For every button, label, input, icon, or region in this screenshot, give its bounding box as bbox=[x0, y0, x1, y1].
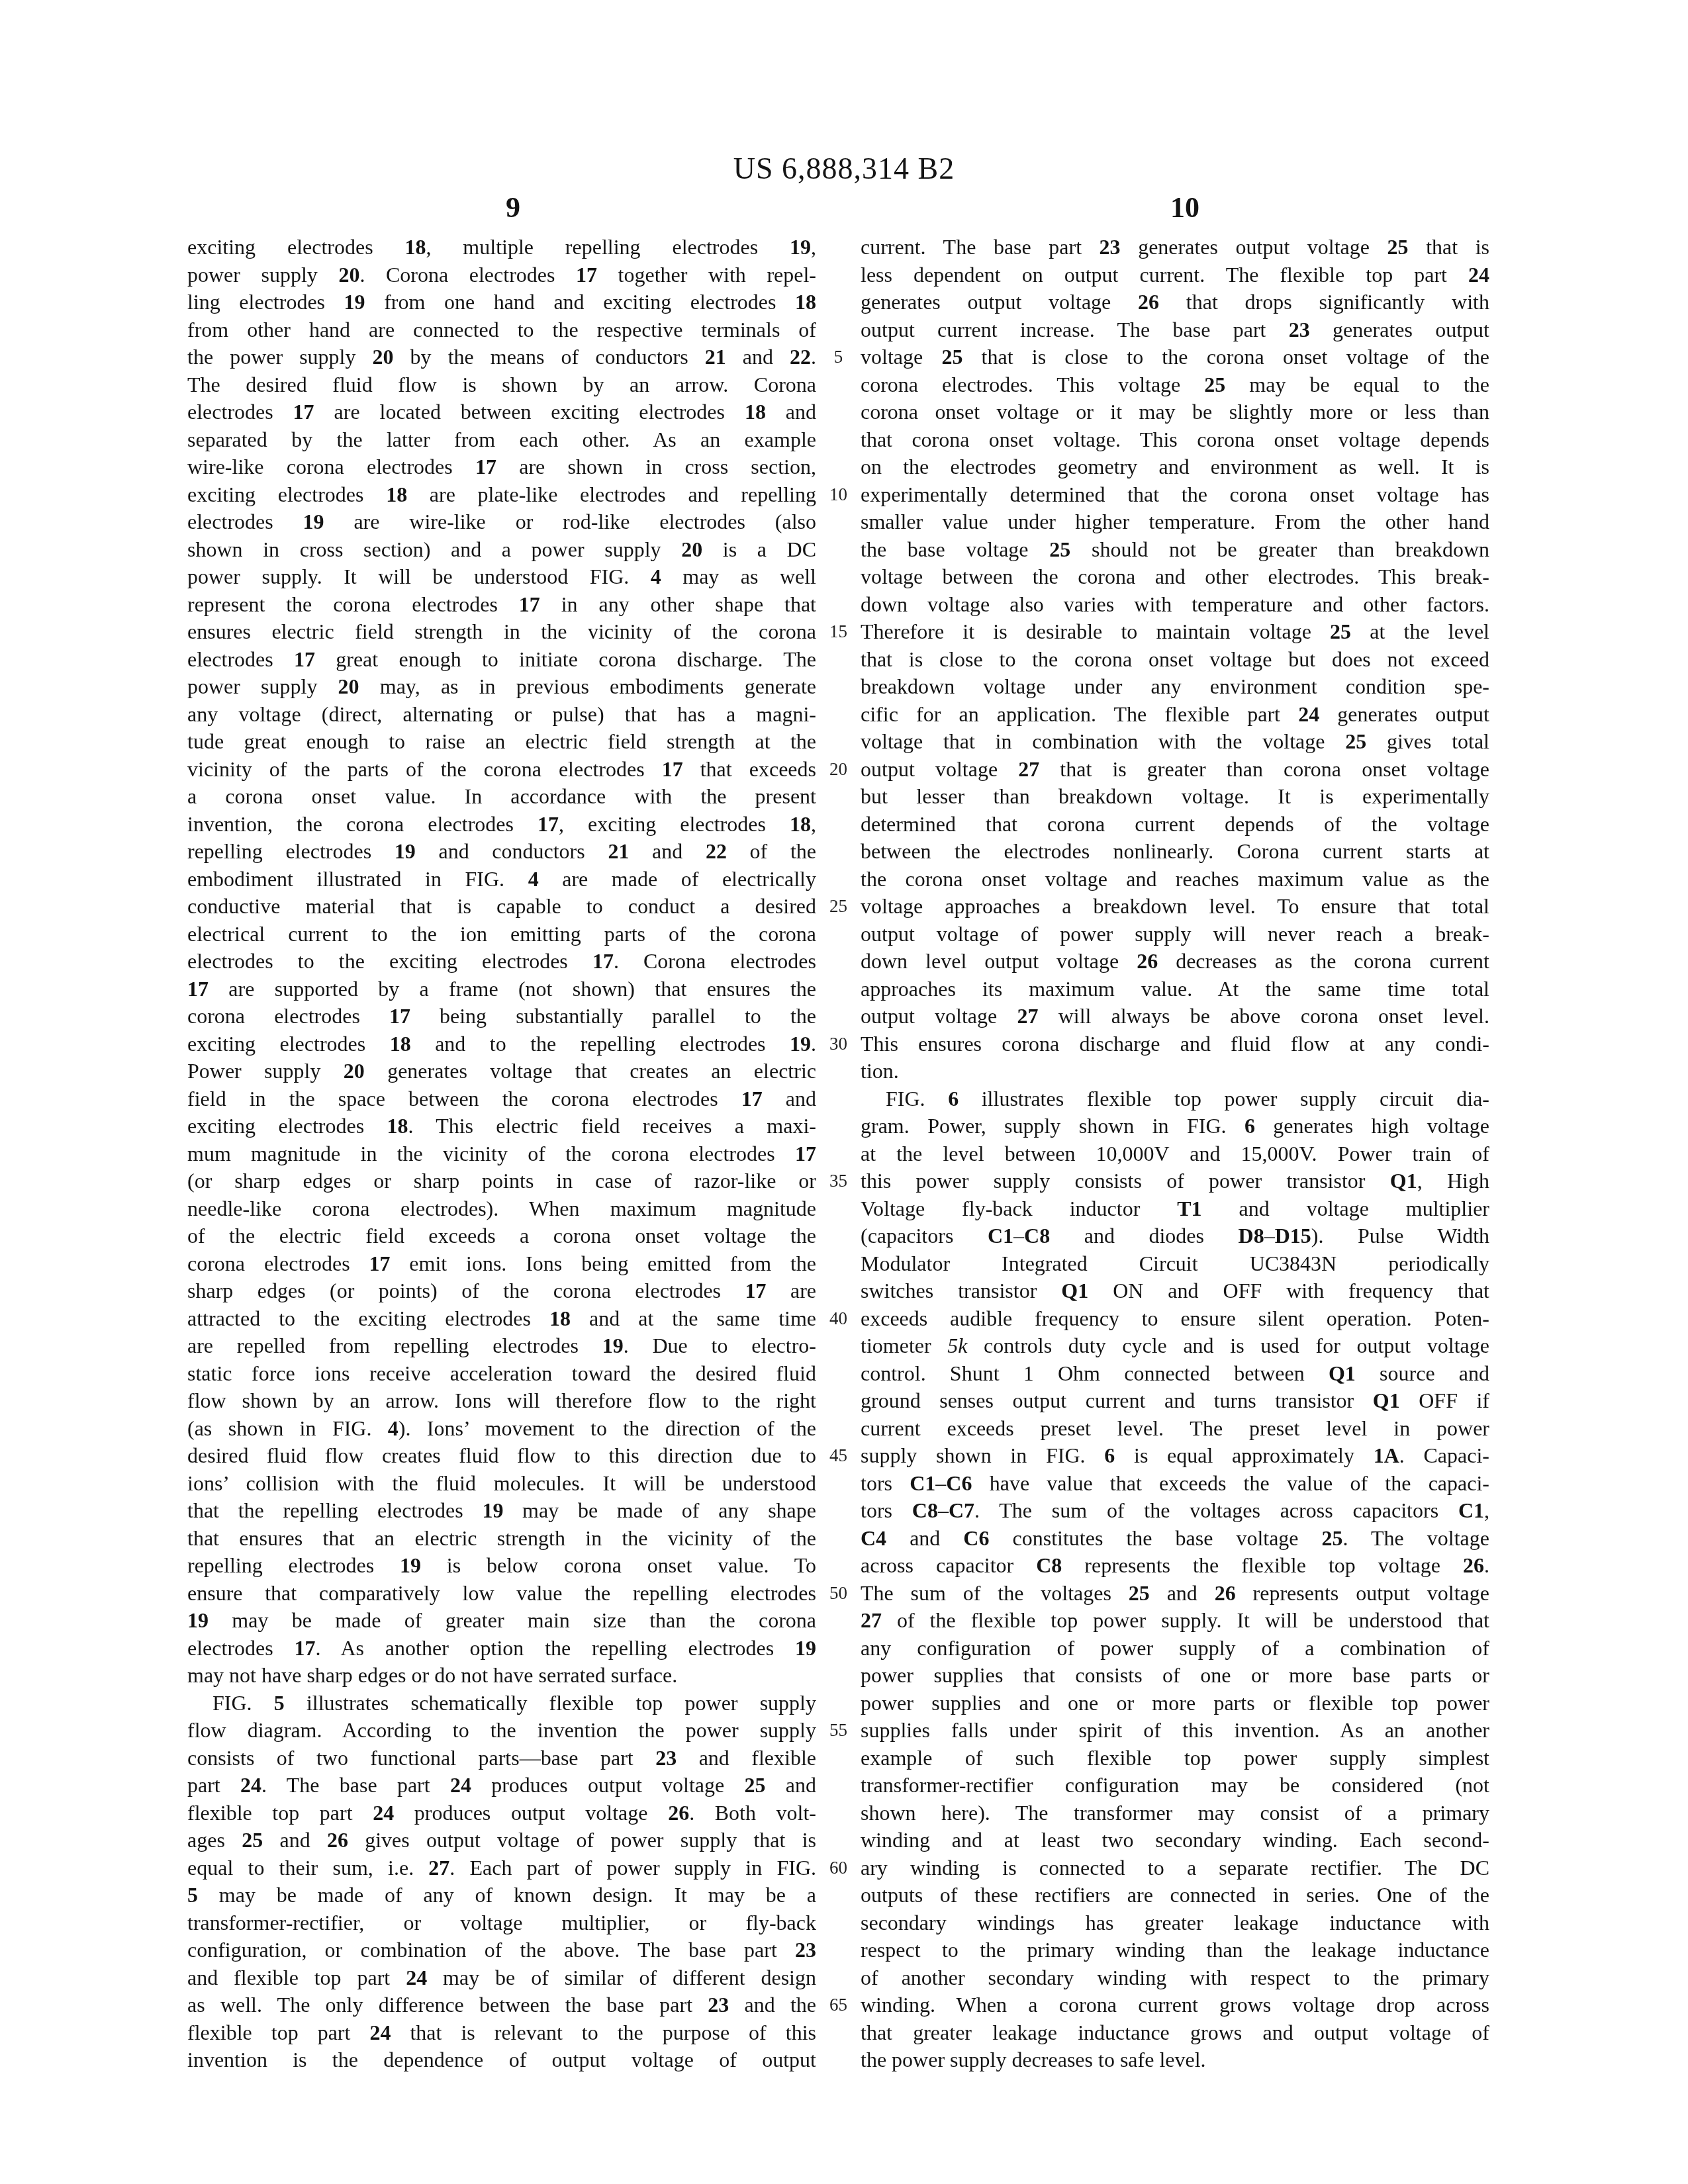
text-line: This ensures corona discharge and fluid … bbox=[861, 1030, 1489, 1058]
text-line: ensures electric field strength in the v… bbox=[187, 618, 816, 646]
text-line: (or sharp edges or sharp points in case … bbox=[187, 1167, 816, 1195]
text-line: desired fluid flow creates fluid flow to… bbox=[187, 1442, 816, 1470]
text-line: electrodes 17 are located between exciti… bbox=[187, 398, 816, 426]
text-line: of the electric field exceeds a corona o… bbox=[187, 1222, 816, 1250]
text-line: ground senses output current and turns t… bbox=[861, 1387, 1489, 1415]
text-line: (capacitors C1–C8 and diodes D8–D15). Pu… bbox=[861, 1222, 1489, 1250]
patent-page: US 6,888,314 B2 9 10 exciting electrodes… bbox=[0, 0, 1688, 2184]
text-line: the power supply decreases to safe level… bbox=[861, 2046, 1489, 2074]
text-line: corona electrodes. This voltage 25 may b… bbox=[861, 371, 1489, 399]
text-line: electrodes 17 great enough to initiate c… bbox=[187, 646, 816, 674]
text-line: Power supply 20 generates voltage that c… bbox=[187, 1058, 816, 1085]
text-line: output voltage of power supply will neve… bbox=[861, 921, 1489, 948]
text-line: 19 may be made of greater main size than… bbox=[187, 1607, 816, 1635]
text-line: exciting electrodes 18, multiple repelli… bbox=[187, 234, 816, 261]
text-column-right: current. The base part 23 generates outp… bbox=[861, 234, 1489, 2074]
text-line: example of such flexible top power suppl… bbox=[861, 1745, 1489, 1772]
text-line: between the electrodes nonlinearly. Coro… bbox=[861, 838, 1489, 866]
text-line: corona onset voltage or it may be slight… bbox=[861, 398, 1489, 426]
text-line: voltage approaches a breakdown level. To… bbox=[861, 893, 1489, 921]
text-line: that ensures that an electric strength i… bbox=[187, 1525, 816, 1553]
text-line: ages 25 and 26 gives output voltage of p… bbox=[187, 1827, 816, 1854]
text-line: exciting electrodes 18. This electric fi… bbox=[187, 1113, 816, 1140]
text-line: electrodes 19 are wire-like or rod-like … bbox=[187, 508, 816, 536]
text-line: this power supply consists of power tran… bbox=[861, 1167, 1489, 1195]
text-line: repelling electrodes 19 is below corona … bbox=[187, 1552, 816, 1580]
text-line: any voltage (direct, alternating or puls… bbox=[187, 701, 816, 729]
text-line: power supply. It will be understood FIG.… bbox=[187, 563, 816, 591]
text-line: part 24. The base part 24 produces outpu… bbox=[187, 1772, 816, 1799]
line-number: 65 bbox=[816, 1991, 861, 2019]
line-number: 30 bbox=[816, 1030, 861, 1058]
text-column-left: exciting electrodes 18, multiple repelli… bbox=[187, 234, 816, 2074]
text-line: Voltage fly-back inductor T1 and voltage… bbox=[861, 1195, 1489, 1223]
text-line: supplies falls under spirit of this inve… bbox=[861, 1717, 1489, 1745]
text-line: that greater leakage inductance grows an… bbox=[861, 2019, 1489, 2047]
text-line: control. Shunt 1 Ohm connected between Q… bbox=[861, 1360, 1489, 1388]
text-line: are repelled from repelling electrodes 1… bbox=[187, 1332, 816, 1360]
line-number: 10 bbox=[816, 481, 861, 509]
text-line: represent the corona electrodes 17 in an… bbox=[187, 591, 816, 619]
text-line: current. The base part 23 generates outp… bbox=[861, 234, 1489, 261]
text-line: attracted to the exciting electrodes 18 … bbox=[187, 1305, 816, 1333]
text-line: wire-like corona electrodes 17 are shown… bbox=[187, 453, 816, 481]
text-line: but lesser than breakdown voltage. It is… bbox=[861, 783, 1489, 811]
text-line: sharp edges (or points) of the corona el… bbox=[187, 1277, 816, 1305]
text-line: transformer-rectifier, or voltage multip… bbox=[187, 1909, 816, 1937]
line-number: 15 bbox=[816, 618, 861, 646]
text-line: any configuration of power supply of a c… bbox=[861, 1635, 1489, 1662]
text-line: power supplies and one or more parts or … bbox=[861, 1690, 1489, 1717]
line-number: 50 bbox=[816, 1580, 861, 1608]
text-line: tors C8–C7. The sum of the voltages acro… bbox=[861, 1497, 1489, 1525]
text-line: 17 are supported by a frame (not shown) … bbox=[187, 976, 816, 1003]
text-line: repelling electrodes 19 and conductors 2… bbox=[187, 838, 816, 866]
text-line: flexible top part 24 produces output vol… bbox=[187, 1799, 816, 1827]
text-line: winding and at least two secondary windi… bbox=[861, 1827, 1489, 1854]
text-line: ling electrodes 19 from one hand and exc… bbox=[187, 289, 816, 316]
text-line: output current increase. The base part 2… bbox=[861, 316, 1489, 344]
text-line: less dependent on output current. The fl… bbox=[861, 261, 1489, 289]
text-line: down level output voltage 26 decreases a… bbox=[861, 948, 1489, 976]
text-line: vicinity of the parts of the corona elec… bbox=[187, 756, 816, 784]
text-line: generates output voltage 26 that drops s… bbox=[861, 289, 1489, 316]
text-line: gram. Power, supply shown in FIG. 6 gene… bbox=[861, 1113, 1489, 1140]
text-line: static force ions receive acceleration t… bbox=[187, 1360, 816, 1388]
text-line: electrodes 17. As another option the rep… bbox=[187, 1635, 816, 1662]
text-line: FIG. 6 illustrates flexible top power su… bbox=[861, 1085, 1489, 1113]
text-line: transformer-rectifier configuration may … bbox=[861, 1772, 1489, 1799]
text-line: a corona onset value. In accordance with… bbox=[187, 783, 816, 811]
text-line: tude great enough to raise an electric f… bbox=[187, 728, 816, 756]
text-line: that corona onset voltage. This corona o… bbox=[861, 426, 1489, 454]
text-line: tion. bbox=[861, 1058, 1489, 1085]
line-number: 25 bbox=[816, 893, 861, 921]
text-line: ary winding is connected to a separate r… bbox=[861, 1854, 1489, 1882]
text-line: electrical current to the ion emitting p… bbox=[187, 921, 816, 948]
text-line: needle-like corona electrodes). When max… bbox=[187, 1195, 816, 1223]
text-line: invention, the corona electrodes 17, exc… bbox=[187, 811, 816, 839]
text-line: ions’ collision with the fluid molecules… bbox=[187, 1470, 816, 1498]
text-line: invention is the dependence of output vo… bbox=[187, 2046, 816, 2074]
column-number-right: 10 bbox=[1112, 191, 1258, 224]
text-line: exciting electrodes 18 are plate-like el… bbox=[187, 481, 816, 509]
text-line: (as shown in FIG. 4). Ions’ movement to … bbox=[187, 1415, 816, 1443]
text-line: at the level between 10,000V and 15,000V… bbox=[861, 1140, 1489, 1168]
text-line: embodiment illustrated in FIG. 4 are mad… bbox=[187, 866, 816, 893]
text-line: cific for an application. The flexible p… bbox=[861, 701, 1489, 729]
text-line: flow shown by an arrow. Ions will theref… bbox=[187, 1387, 816, 1415]
text-line: respect to the primary winding than the … bbox=[861, 1936, 1489, 1964]
text-line: flexible top part 24 that is relevant to… bbox=[187, 2019, 816, 2047]
line-number: 40 bbox=[816, 1305, 861, 1333]
text-line: conductive material that is capable to c… bbox=[187, 893, 816, 921]
text-line: flow diagram. According to the invention… bbox=[187, 1717, 816, 1745]
line-number-gutter: 5101520253035404550556065 bbox=[816, 234, 861, 2080]
text-line: the power supply 20 by the means of cond… bbox=[187, 343, 816, 371]
text-line: power supplies that consists of one or m… bbox=[861, 1662, 1489, 1690]
text-line: voltage 25 that is close to the corona o… bbox=[861, 343, 1489, 371]
patent-number-header: US 6,888,314 B2 bbox=[0, 151, 1688, 186]
text-line: supply shown in FIG. 6 is equal approxim… bbox=[861, 1442, 1489, 1470]
text-line: shown in cross section) and a power supp… bbox=[187, 536, 816, 564]
text-line: output voltage 27 will always be above c… bbox=[861, 1003, 1489, 1030]
text-line: power supply 20 may, as in previous embo… bbox=[187, 673, 816, 701]
text-line: electrodes to the exciting electrodes 17… bbox=[187, 948, 816, 976]
text-line: 5 may be made of any of known design. It… bbox=[187, 1882, 816, 1909]
text-line: that the repelling electrodes 19 may be … bbox=[187, 1497, 816, 1525]
text-line: the corona onset voltage and reaches max… bbox=[861, 866, 1489, 893]
text-line: may not have sharp edges or do not have … bbox=[187, 1662, 816, 1690]
line-number: 45 bbox=[816, 1442, 861, 1470]
text-line: The desired fluid flow is shown by an ar… bbox=[187, 371, 816, 399]
text-line: power supply 20. Corona electrodes 17 to… bbox=[187, 261, 816, 289]
text-line: output voltage 27 that is greater than c… bbox=[861, 756, 1489, 784]
line-number: 55 bbox=[816, 1717, 861, 1745]
text-line: switches transistor Q1 ON and OFF with f… bbox=[861, 1277, 1489, 1305]
text-line: corona electrodes 17 emit ions. Ions bei… bbox=[187, 1250, 816, 1278]
line-number: 60 bbox=[816, 1854, 861, 1882]
column-number-left: 9 bbox=[440, 191, 586, 224]
text-line: separated by the latter from each other.… bbox=[187, 426, 816, 454]
text-line: Modulator Integrated Circuit UC3843N per… bbox=[861, 1250, 1489, 1278]
text-line: as well. The only difference between the… bbox=[187, 1991, 816, 2019]
text-line: exceeds audible frequency to ensure sile… bbox=[861, 1305, 1489, 1333]
text-line: of another secondary winding with respec… bbox=[861, 1964, 1489, 1992]
text-line: down voltage also varies with temperatur… bbox=[861, 591, 1489, 619]
text-line: on the electrodes geometry and environme… bbox=[861, 453, 1489, 481]
line-number: 35 bbox=[816, 1167, 861, 1195]
line-number: 20 bbox=[816, 756, 861, 784]
text-line: the base voltage 25 should not be greate… bbox=[861, 536, 1489, 564]
text-line: corona electrodes 17 being substantially… bbox=[187, 1003, 816, 1030]
text-line: outputs of these rectifiers are connecte… bbox=[861, 1882, 1489, 1909]
text-line: shown here). The transformer may consist… bbox=[861, 1799, 1489, 1827]
line-number: 5 bbox=[816, 343, 861, 371]
text-line: C4 and C6 constitutes the base voltage 2… bbox=[861, 1525, 1489, 1553]
text-line: voltage that in combination with the vol… bbox=[861, 728, 1489, 756]
text-line: tors C1–C6 have value that exceeds the v… bbox=[861, 1470, 1489, 1498]
text-line: ensure that comparatively low value the … bbox=[187, 1580, 816, 1608]
text-line: 27 of the flexible top power supply. It … bbox=[861, 1607, 1489, 1635]
text-line: determined that corona current depends o… bbox=[861, 811, 1489, 839]
text-line: experimentally determined that the coron… bbox=[861, 481, 1489, 509]
text-line: The sum of the voltages 25 and 26 repres… bbox=[861, 1580, 1489, 1608]
text-line: FIG. 5 illustrates schematically flexibl… bbox=[187, 1690, 816, 1717]
text-line: secondary windings has greater leakage i… bbox=[861, 1909, 1489, 1937]
text-line: current exceeds preset level. The preset… bbox=[861, 1415, 1489, 1443]
text-line: configuration, or combination of the abo… bbox=[187, 1936, 816, 1964]
text-line: exciting electrodes 18 and to the repell… bbox=[187, 1030, 816, 1058]
text-line: that is close to the corona onset voltag… bbox=[861, 646, 1489, 674]
text-line: consists of two functional parts—base pa… bbox=[187, 1745, 816, 1772]
text-line: tiometer 5k controls duty cycle and is u… bbox=[861, 1332, 1489, 1360]
text-line: from other hand are connected to the res… bbox=[187, 316, 816, 344]
text-line: voltage between the corona and other ele… bbox=[861, 563, 1489, 591]
text-line: mum magnitude in the vicinity of the cor… bbox=[187, 1140, 816, 1168]
text-line: across capacitor C8 represents the flexi… bbox=[861, 1552, 1489, 1580]
text-line: equal to their sum, i.e. 27. Each part o… bbox=[187, 1854, 816, 1882]
text-line: approaches its maximum value. At the sam… bbox=[861, 976, 1489, 1003]
text-line: and flexible top part 24 may be of simil… bbox=[187, 1964, 816, 1992]
text-line: smaller value under higher temperature. … bbox=[861, 508, 1489, 536]
text-line: winding. When a corona current grows vol… bbox=[861, 1991, 1489, 2019]
text-line: Therefore it is desirable to maintain vo… bbox=[861, 618, 1489, 646]
text-line: breakdown voltage under any environment … bbox=[861, 673, 1489, 701]
text-line: field in the space between the corona el… bbox=[187, 1085, 816, 1113]
